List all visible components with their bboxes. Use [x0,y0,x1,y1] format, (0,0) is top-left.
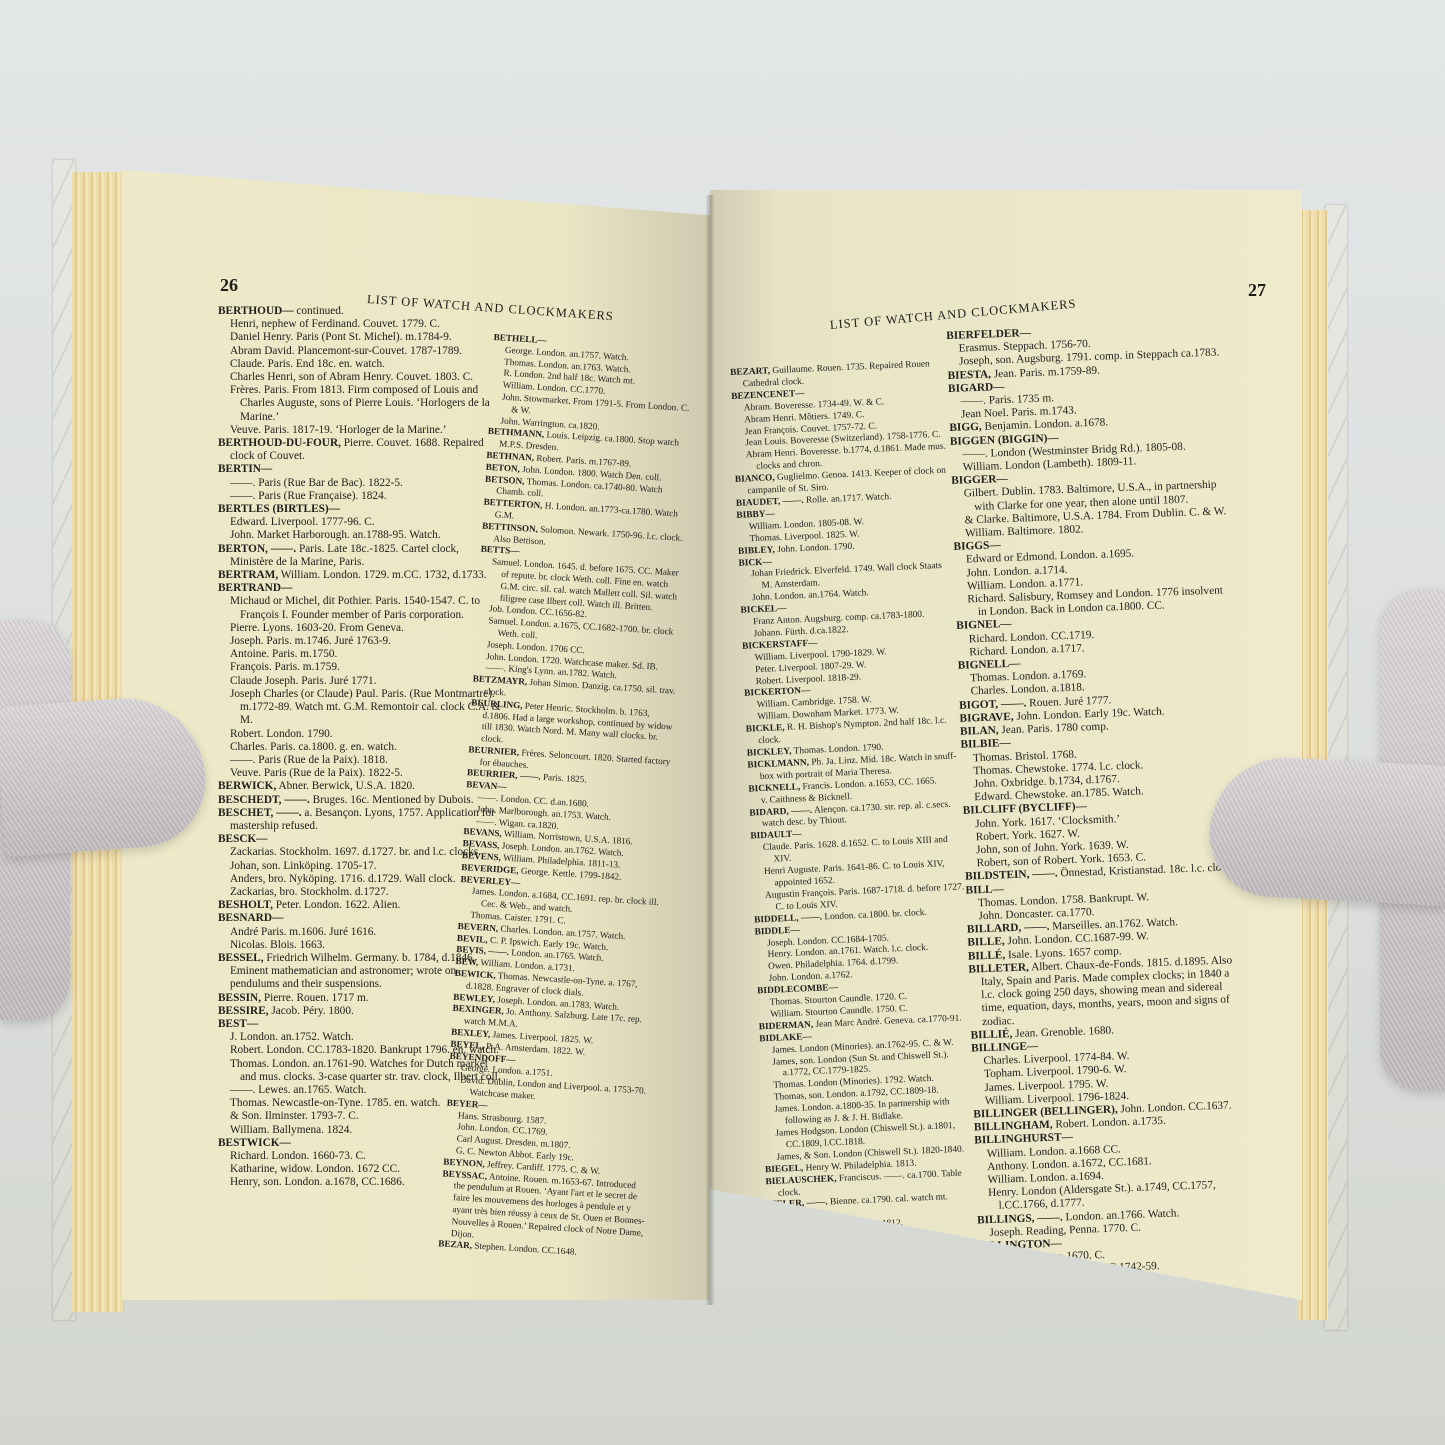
entry-surname: BIGNEL— [956,618,1012,632]
entry-surname: BESSEL, [218,952,264,964]
entry-subitem: John. Market Harborough. an.1788-95. Wat… [218,529,503,542]
entry-subitem: Pierre. Lyons. 1603-20. From Geneva. [218,622,503,635]
entry-surname: BICKLE, [746,723,785,735]
page-number: 27 [1248,280,1266,301]
entry-heading: BESCHEDT, ——. Bruges. 16c. Mentioned by … [218,794,503,807]
entry-surname: BESTWICK— [218,1137,291,1149]
entry-subitem: Claude. Paris. End 18c. en. watch. [218,358,503,371]
entry-heading: BESCK— [218,833,503,846]
entry-surname: BEZAR, [438,1239,473,1251]
entry-surname: BICKERTON— [744,686,811,699]
entry-surname: BIAUDET, ——. [736,496,804,509]
entry-surname: BILLETER, [968,961,1029,975]
entry-surname: BEVAN— [466,779,507,791]
entry-text: Friedrich Wilhelm. Germany. b. 1784, d.1… [230,952,476,990]
entry-subitem: Antoine. Paris. m.1750. [218,648,503,661]
entry-surname: BILBIE— [960,737,1011,751]
entry-subitem: Frères. Paris. From 1813. Firm composed … [218,384,503,424]
entry-surname: BEST— [218,1018,258,1030]
entry-surname: BIGRAVE, [959,711,1013,725]
entry-surname: BESSIRE, [218,1005,269,1017]
entry-subitem: Joseph Charles (or Claude) Paul. Paris. … [218,688,503,728]
entry-surname: BERTHOUD-DU-FOUR, [218,437,341,449]
entry-text: Paris. 1812. [856,1219,903,1231]
entry-surname: BESCK— [218,833,268,845]
entry-subitem: Robert. London. 1790. [218,728,503,741]
entry-subitem: Claude Joseph. Paris. Juré 1771. [218,675,503,688]
entry-surname: BEW, [455,956,478,967]
entry-surname: BETHMANN, [488,426,545,439]
entry-surname: BICKEL— [740,604,786,616]
entry-surname: BERTON, ——. [218,543,296,555]
book-gutter [706,195,714,1305]
entry-surname: BIGARD— [948,381,1005,395]
entry-surname: BETZMAYR, [473,673,528,686]
left-page: 26 LIST OF WATCH AND CLOCKMAKERS BERTHOU… [122,170,710,1300]
entry-surname: BESCHEDT, ——. [218,794,310,806]
entry-surname: BERWICK, [218,780,276,792]
entry-surname: BIENTOURNÉ, ——. [767,1221,856,1235]
entry-subitem: Veuve. Paris. 1817-19. ‘Horloger de la M… [218,424,503,437]
photo-scene: 26 LIST OF WATCH AND CLOCKMAKERS BERTHOU… [0,0,1445,1445]
entry-subitem: Zackarias. Stockholm. 1697. d.1727. br. … [218,846,503,859]
entry-surname: BEXLEY, [451,1027,491,1039]
entry-surname: BEWICK, [454,968,496,980]
entry-surname: BERTIN— [218,463,272,475]
entry-surname: BIANCO, [735,473,775,485]
entry-surname: BEZENCENET— [731,389,805,402]
entry-surname: BEVERN, [457,921,498,933]
entry-surname: BEYER— [447,1097,488,1109]
entry-subitem: Michaud or Michel, dit Pothier. Paris. 1… [218,595,503,621]
entry-subitem: ——. Paris (Rue Française). 1824. [218,490,503,503]
entry-surname: BIELER, ——. [766,1198,828,1211]
entry-text: continued. [294,305,344,317]
entry-surname: BEVIL, [457,933,488,945]
entry-heading: BERTRAM, William. London. 1729. m.CC. 17… [218,569,503,582]
entry-surname: BESHOLT, [218,899,273,911]
entry-surname: BIDDLE— [754,925,800,937]
entry-surname: BEYSSAC, [442,1168,487,1181]
entry-surname: BETTS— [480,544,519,556]
entry-surname: BICK— [738,557,772,568]
entry-text: Jean. Paris. m.1759-89. [991,364,1100,380]
entry-surname: BIGOT, ——. [959,697,1027,711]
entry-surname: BILLINGHAM, [974,1119,1053,1134]
entry-heading: BERWICK, Abner. Berwick, U.S.A. 1820. [218,780,503,793]
entry-surname: BERTLES (BIRTLES)— [218,503,340,515]
entry-subitem: Veuve. Paris (Rue de la Paix). 1822-5. [218,767,503,780]
entry-surname: BILL— [965,883,1004,896]
entry-heading: BEYSSAC, Antoine. Rouen. m.1653-67. Intr… [439,1168,648,1251]
entry-surname: BERTHOUD— [218,305,294,317]
entry-subitem: François. Paris. m.1759. [218,661,503,674]
entry-surname: BEYNON, [443,1156,485,1169]
entry-surname: BICKNELL, [748,782,800,794]
entry-text: Jean. Grenoble. 1680. [1012,1024,1114,1040]
entry-surname: BETON, [485,462,520,474]
entry-text: Paris. 1825. [540,772,586,785]
entry-heading: BERTLES (BIRTLES)— [218,503,503,516]
right-gloved-thumb [1207,754,1445,906]
entry-surname: BEVIS, ——. [456,944,509,957]
entry-surname: BEURLING, [471,697,523,710]
entry-heading: BERTHOUD— continued. [218,305,503,318]
entry-surname: BIGGS— [953,539,1000,553]
entry-surname: BIDDELL, ——. [754,912,822,925]
entry-surname: BERTRAND— [218,582,292,594]
entry-surname: BETTINSON, [482,520,538,533]
entry-subitem: Charles Henri, son of Abram Henry. Couve… [218,371,503,384]
entry-surname: BIGGER— [951,473,1008,487]
entry-text: Pierre. Rouen. 1717 m. [261,992,369,1004]
page-number: 26 [220,275,238,296]
entry-surname: BIDAULT— [750,830,802,842]
entry-surname: BEVANS, [463,827,502,839]
entry-heading: BESCHET, ——. a. Besançon. Lyons, 1757. A… [218,807,503,833]
entry-surname: BEWLEY, [453,991,495,1004]
entry-surname: BETSON, [485,473,525,485]
entry-surname: BESCHET, ——. [218,807,302,819]
entry-heading: BERTHOUD-DU-FOUR, Pierre. Couvet. 1688. … [218,437,503,463]
entry-heading: BERTRAND— [218,582,503,595]
entry-surname: BICKLEY, [747,747,792,759]
entry-surname: BETHELL— [493,332,547,345]
entry-text: Antoine. Rouen. m.1653-67. Introduced th… [451,1171,645,1239]
entry-surname: BEYEL, [450,1038,484,1050]
entry-surname: BERTRAM, [218,569,278,581]
entry-text: Peter. London. 1622. Alien. [273,899,400,911]
entry-surname: BIGG, [949,421,982,434]
entry-subitem: Edward. Liverpool. 1777-96. C. [218,516,503,529]
entry-surname: BIDLAKE— [759,1032,812,1044]
entry-surname: BILLÉ, [968,949,1006,962]
entry-surname: BEZART, [730,366,770,378]
entry-surname: BIESTA, [947,368,991,382]
entry-surname: BIGNELL— [958,658,1021,672]
entry-subitem: Abram David. Plancemont-sur-Couvet. 1787… [218,345,503,358]
entry-subitem: Charles. Paris. ca.1800. g. en. watch. [218,741,503,754]
entry-surname: BIDERMAN, [759,1020,814,1032]
entry-surname: BEXINGER, [452,1003,504,1016]
entry-surname: BILDSTEIN, ——. [965,868,1058,883]
entry-surname: BILLE, [967,936,1005,949]
entry-surname: BICKLMANN, [747,758,809,771]
entry-surname: BIEGEL, [765,1163,804,1175]
entry-subitem: ——. Paris (Rue Bar de Bac). 1822-5. [218,477,503,490]
entry-text: Jean. Paris. 1780 comp. [998,721,1108,737]
entry-surname: BETHNAN, [486,450,534,463]
entry-subitem: ——. Paris (Rue de la Paix). 1818. [218,754,503,767]
entry-surname: BIBBY— [736,509,775,521]
right-page-column-1: BEZART, Guillaume. Rouen. 1735. Repaired… [730,359,983,1237]
entry-text: John. London. CC.1637. [1117,1099,1231,1115]
entry-surname: BEURNIER, [468,744,519,757]
entry-surname: BIELAUSCHEK, [765,1174,836,1187]
entry-surname: BILLIÉ, [970,1028,1012,1041]
right-page: 27 LIST OF WATCH AND CLOCKMAKERS BEZART,… [710,190,1302,1300]
entry-surname: BIDARD, ——. [749,805,812,818]
right-page-column-2: BIERFELDER—Erasmus. Steppach. 1756-70.Jo… [946,320,1254,1280]
entry-text: Bruges. 16c. Mentioned by Dubois. [310,794,474,806]
entry-text: John. London. 1790. [775,541,855,554]
entry-surname: BESNARD— [218,912,283,924]
entry-heading: BILLETER, Albert. Chaux-de-Fonds. 1815. … [968,954,1245,1030]
entry-subitem: Daniel Henry. Paris (Pont St. Michel). m… [218,331,503,344]
entry-surname: BILLINGS, ——. [977,1211,1063,1226]
entry-surname: BILLINGE— [971,1040,1039,1054]
entry-surname: BEVASS, [462,838,499,850]
entry-surname: BICKERSTAFF— [742,638,818,651]
entry-text: Jacob. Péry. 1800. [269,1005,354,1017]
entry-subitem: Henri, nephew of Ferdinand. Couvet. 1779… [218,318,503,331]
entry-surname: BESSIN, [218,992,261,1004]
entry-heading: BERTIN— [218,463,503,476]
entry-surname: BEVENS, [462,850,502,862]
entry-text: Abner. Berwick, U.S.A. 1820. [276,780,415,792]
entry-subitem: Joseph. Paris. m.1746. Juré 1763-9. [218,635,503,648]
entry-surname: BILAN, [960,725,999,738]
entry-text: William. London. 1729. m.CC. 1732, d.173… [278,569,486,581]
entry-surname: BIBLEY, [738,545,775,557]
entry-heading: BERTON, ——. Paris. Late 18c.-1825. Carte… [218,543,503,569]
